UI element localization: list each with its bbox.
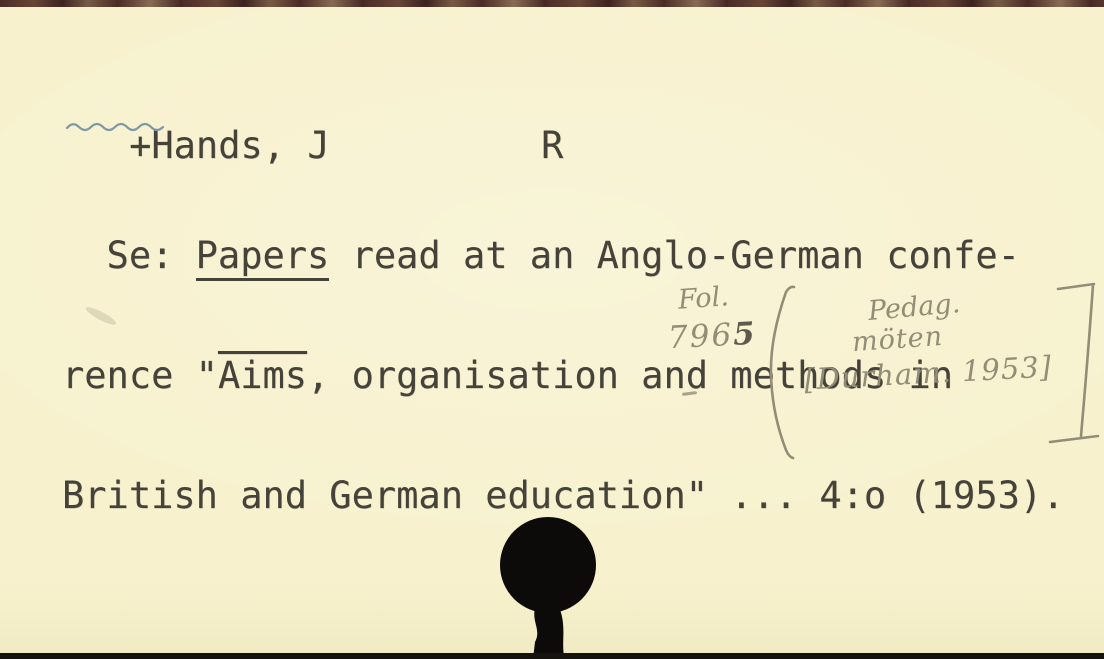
catalog-card: +Hands, J R Se: Papers read at an Anglo-… [0,0,1104,659]
see-prefix: Se: [62,234,196,277]
ref-line-1-rest: read at an Anglo-German confe- [329,234,1020,277]
shelfmark-word: Fol. [677,281,730,315]
shelfmark-number-light: 796 [667,317,734,356]
ref-line-2-prefix: rence " [62,354,218,397]
shelfmark-number-dark: 5 [732,316,757,353]
bracket-right-mark [1040,276,1102,448]
subject-note-line2: möten [851,321,944,358]
paren-left-mark [760,282,808,466]
shelfmark-number: 7965 [667,316,758,357]
top-edge [0,0,1104,7]
title-underlined: Papers [196,234,330,281]
wavy-underline-mark [64,119,184,135]
rod-hole-punch [488,505,612,659]
aims-overlined: Aims [218,354,307,397]
ref-line-1: Se: Papers read at an Anglo-German confe… [62,236,1064,276]
bottom-edge [0,653,1104,659]
